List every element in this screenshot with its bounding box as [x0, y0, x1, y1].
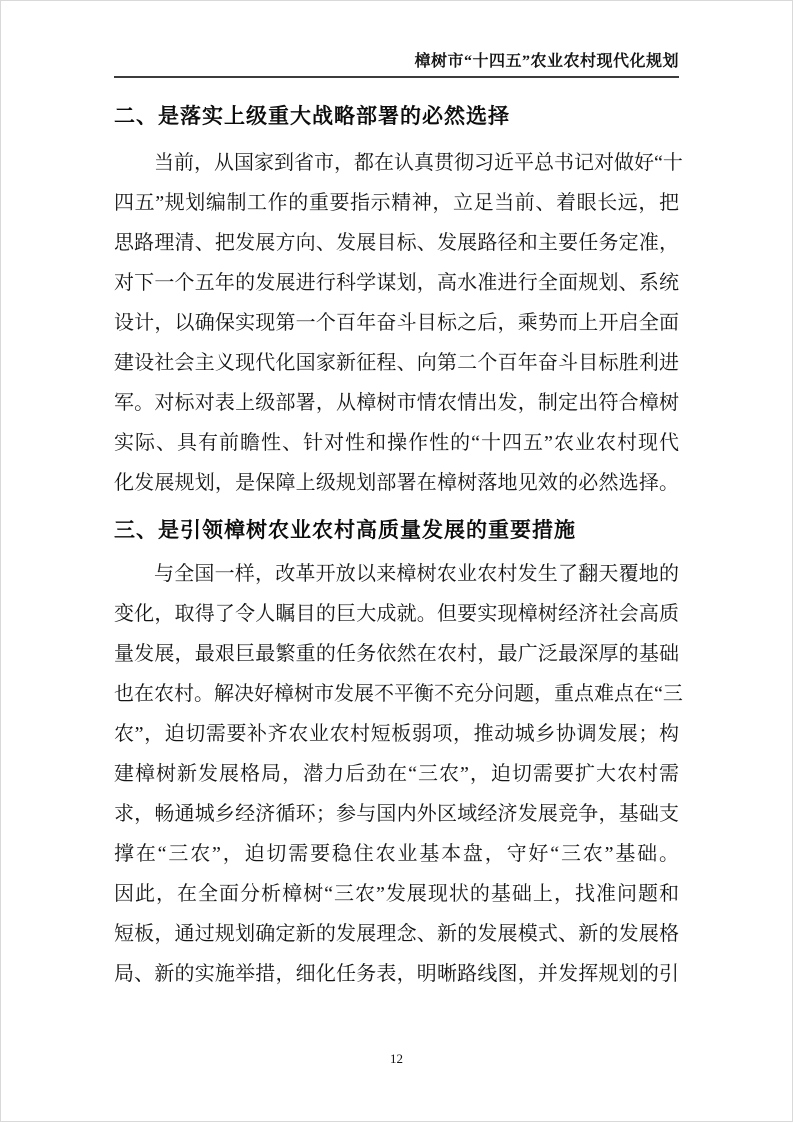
text-line: 也在农村。解决好樟树市发展不平衡不充分问题，重点难点在“三: [114, 674, 679, 714]
text-line: 四五”规划编制工作的重要指示精神，立足当前、着眼长远，把: [114, 183, 679, 223]
section-heading-2: 二、是落实上级重大战略部署的必然选择: [114, 97, 679, 135]
text-line: 变化，取得了令人瞩目的巨大成就。但要实现樟树经济社会高质: [114, 594, 679, 634]
header-title: 樟树市“十四五”农业农村现代化规划: [114, 51, 679, 73]
page-number: 12: [390, 1051, 403, 1066]
text-line: 因此，在全面分析樟树“三农”发展现状的基础上，找准问题和: [114, 874, 679, 914]
text-line: 建设社会主义现代化国家新征程、向第二个百年奋斗目标胜利进: [114, 343, 679, 383]
text-line: 军。对标对表上级部署，从樟树市情农情出发，制定出符合樟树: [114, 383, 679, 423]
paragraph-section-3: 与全国一样，改革开放以来樟树农业农村发生了翻天覆地的变化，取得了令人瞩目的巨大成…: [114, 554, 679, 994]
text-line: 与全国一样，改革开放以来樟树农业农村发生了翻天覆地的: [114, 554, 679, 594]
text-line: 实际、具有前瞻性、针对性和操作性的“十四五”农业农村现代: [114, 423, 679, 463]
text-line: 量发展，最艰巨最繁重的任务依然在农村，最广泛最深厚的基础: [114, 634, 679, 674]
text-line: 思路理清、把发展方向、发展目标、发展路径和主要任务定准，: [114, 223, 679, 263]
document-page: 樟树市“十四五”农业农村现代化规划 二、是落实上级重大战略部署的必然选择 当前，…: [0, 0, 793, 1122]
page-footer: 12: [1, 1049, 792, 1069]
text-line: 农”，迫切需要补齐农业农村短板弱项，推动城乡协调发展；构: [114, 714, 679, 754]
text-line: 化发展规划，是保障上级规划部署在樟树落地见效的必然选择。: [114, 463, 679, 503]
text-line: 当前，从国家到省市，都在认真贯彻习近平总书记对做好“十: [114, 143, 679, 183]
text-line: 局、新的实施举措，细化任务表，明晰路线图，并发挥规划的引: [114, 954, 679, 994]
text-line: 撑在“三农”，迫切需要稳住农业基本盘，守好“三农”基础。: [114, 834, 679, 874]
page-header: 樟树市“十四五”农业农村现代化规划: [114, 51, 679, 78]
section-heading-3: 三、是引领樟树农业农村高质量发展的重要措施: [114, 511, 679, 549]
text-line: 求，畅通城乡经济循环；参与国内外区域经济发展竞争，基础支: [114, 794, 679, 834]
document-body: 二、是落实上级重大战略部署的必然选择 当前，从国家到省市，都在认真贯彻习近平总书…: [114, 91, 679, 994]
text-line: 建樟树新发展格局，潜力后劲在“三农”，迫切需要扩大农村需: [114, 754, 679, 794]
text-line: 对下一个五年的发展进行科学谋划，高水准进行全面规划、系统: [114, 263, 679, 303]
paragraph-section-2: 当前，从国家到省市，都在认真贯彻习近平总书记对做好“十四五”规划编制工作的重要指…: [114, 143, 679, 503]
text-line: 短板，通过规划确定新的发展理念、新的发展模式、新的发展格: [114, 914, 679, 954]
text-line: 设计，以确保实现第一个百年奋斗目标之后，乘势而上开启全面: [114, 303, 679, 343]
